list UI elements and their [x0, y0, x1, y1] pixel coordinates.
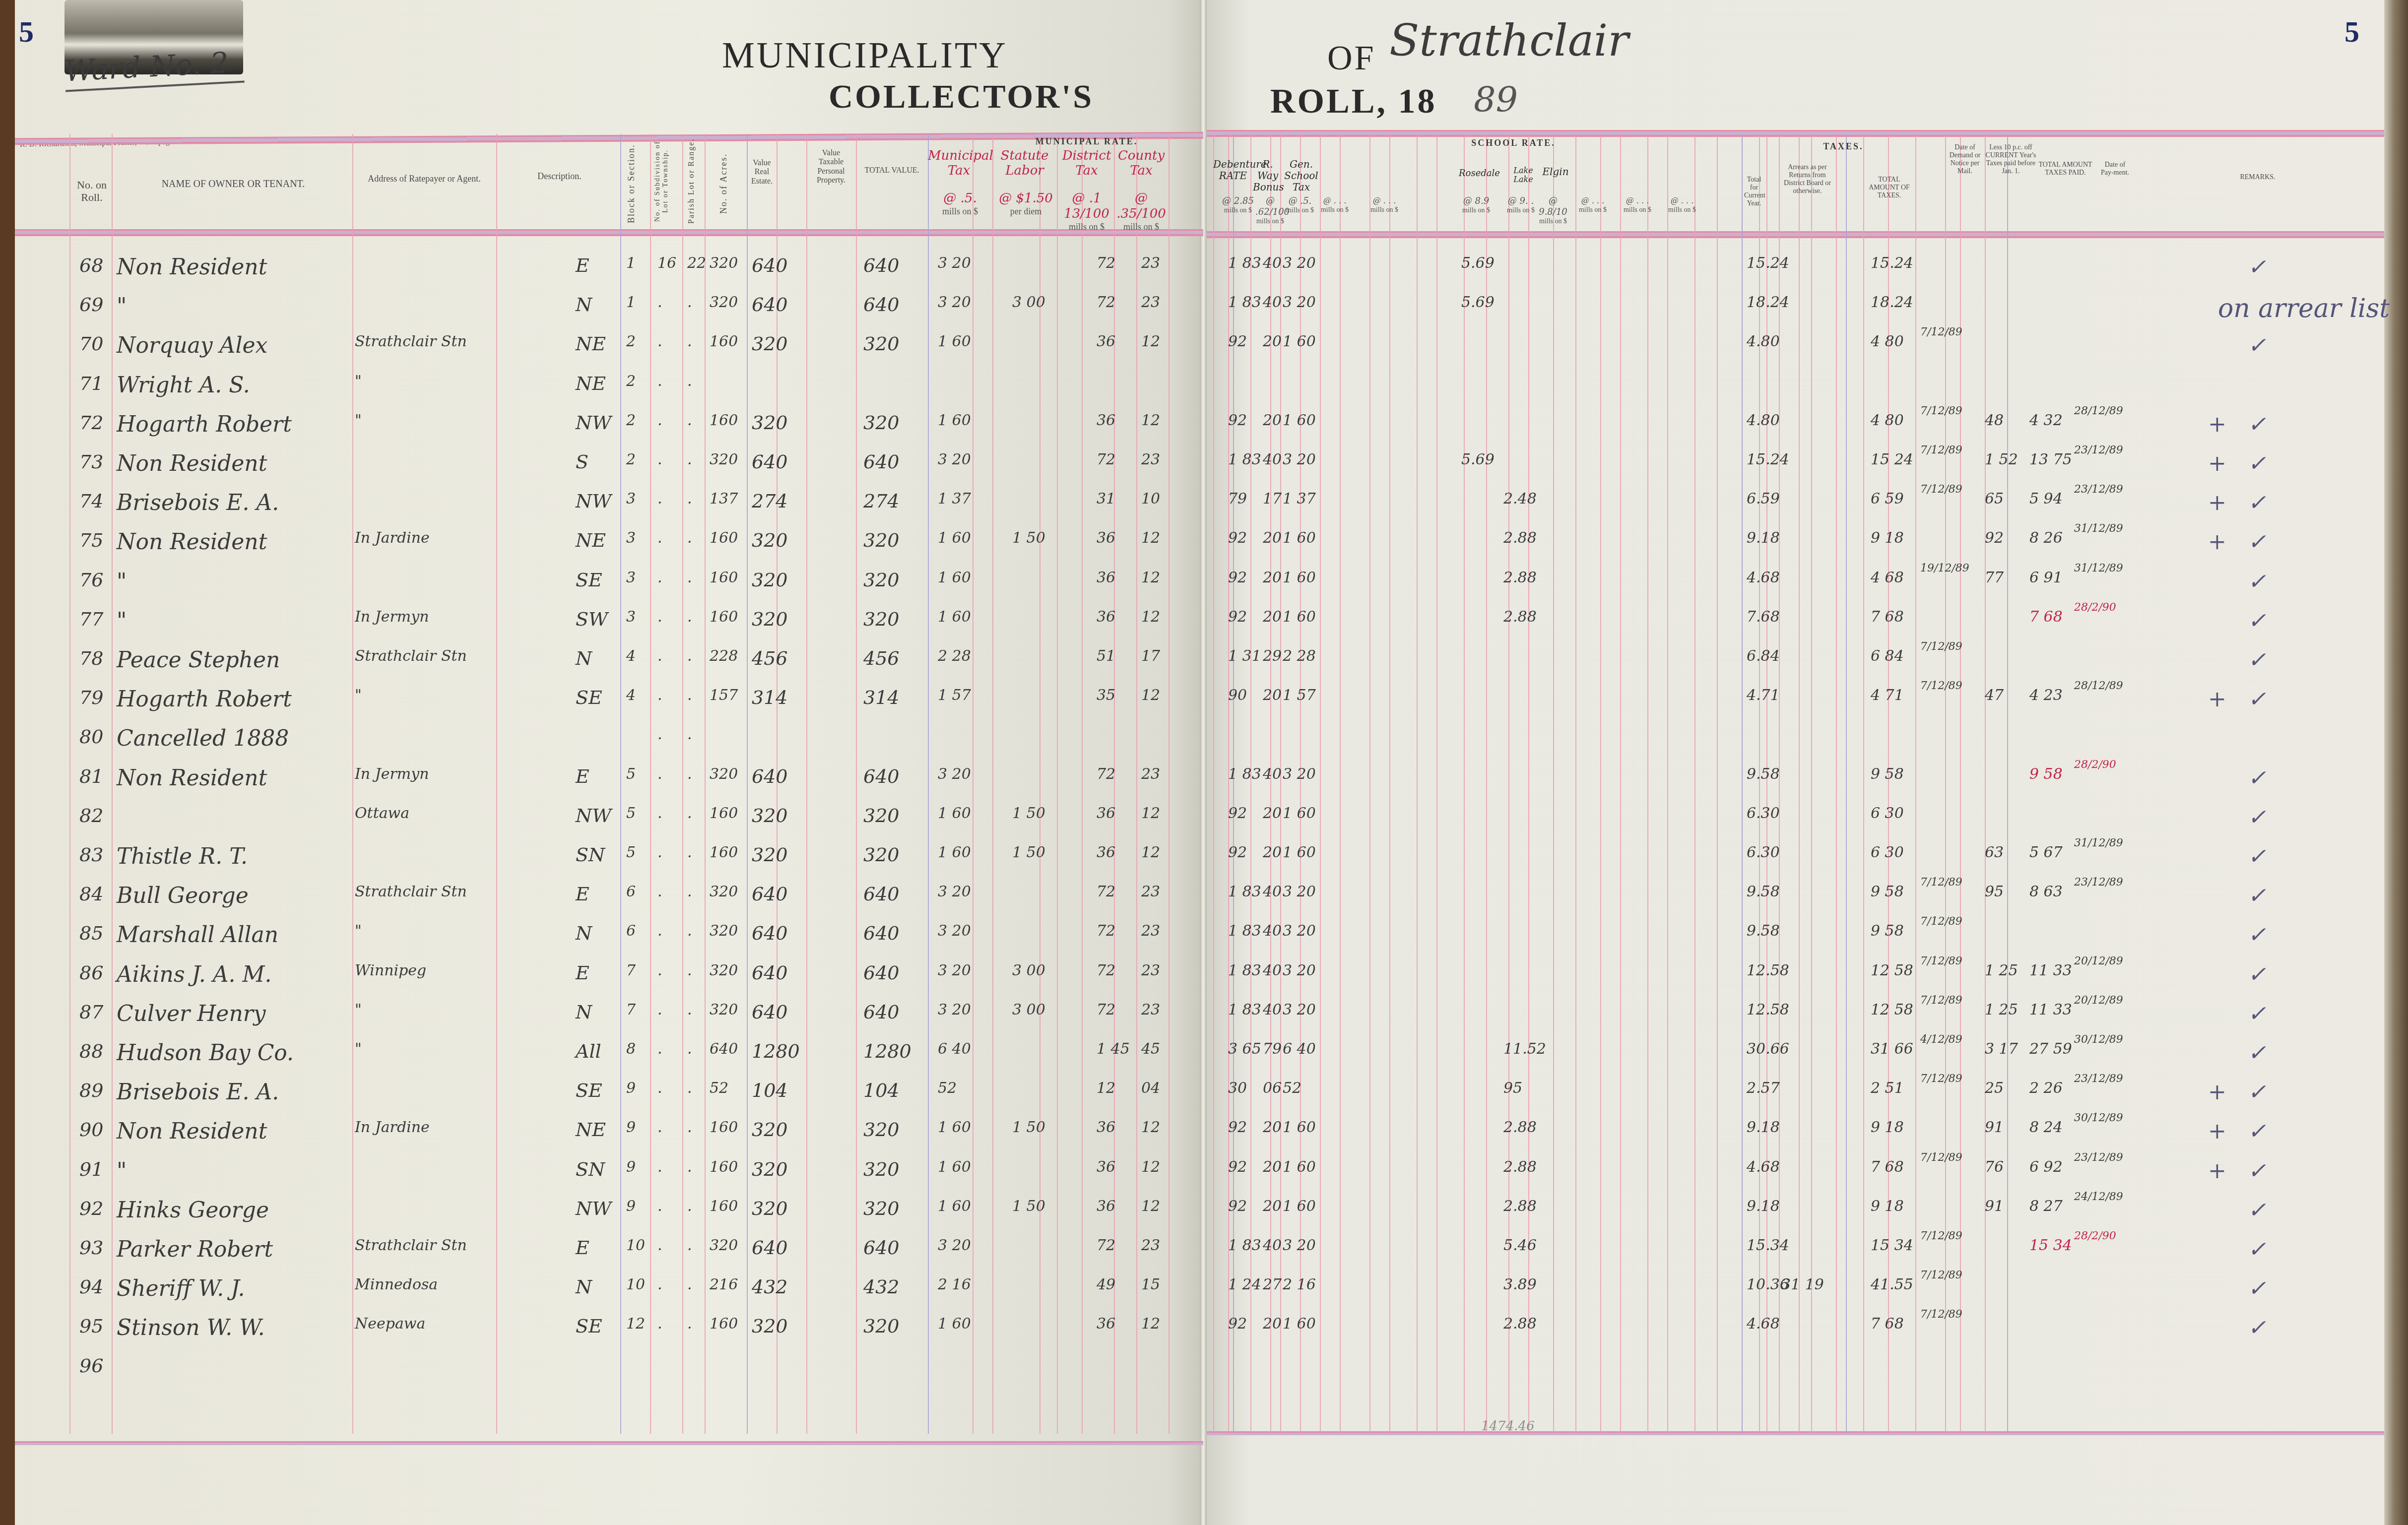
cell-district-tax: 35: [1097, 687, 1115, 704]
title-roll: ROLL, 18: [1270, 82, 1436, 122]
cell-date-of-payment: 28/2/90: [2074, 601, 2116, 614]
cell-date-of-payment: 28/2/90: [2074, 759, 2116, 771]
cell-rway-bonus: 20: [1263, 412, 1282, 429]
cell-municipal-tax: 1 60: [938, 805, 971, 822]
cell-roll-number: 72: [79, 412, 103, 434]
cell-subdivision: .: [657, 1315, 662, 1333]
cell-district-tax: 31: [1097, 490, 1115, 508]
cell-remark: ✓: [2248, 922, 2266, 948]
cell-municipal-tax: 3 20: [938, 883, 971, 900]
cell-less-10pc: 3 17: [1985, 1040, 2018, 1058]
cell-gen-school-tax: 3 20: [1283, 254, 1316, 272]
cell-owner-name: Wright A. S.: [117, 373, 250, 398]
cell-remark-mark: +: [2208, 412, 2226, 437]
cell-school-lake: 3.89: [1503, 1276, 1537, 1293]
cell-description: N: [576, 294, 592, 316]
cell-value-real-estate: 1280: [752, 1040, 800, 1062]
left-page-number: 5: [19, 15, 34, 49]
cell-parish-lot: .: [687, 451, 692, 468]
cell-acres: 160: [710, 569, 738, 586]
cell-subdivision: .: [657, 647, 662, 665]
cell-total-amount-taxes: 18.24: [1871, 294, 1913, 311]
cell-debenture-rate: 1 83: [1228, 451, 1261, 468]
cell-block-section: 5: [626, 844, 636, 861]
table-row: 70Norquay AlexStrathclair StnNE2..160320…: [0, 329, 2408, 368]
table-row: 91"SN9..1603203201 60361292201 602.884.6…: [0, 1154, 2408, 1194]
cell-date-of-demand: 19/12/89: [1920, 562, 1969, 574]
cell-total-current-year: 15.34: [1747, 1237, 1789, 1254]
cell-county-tax: 12: [1141, 805, 1160, 822]
cell-debenture-rate: 92: [1228, 844, 1247, 861]
cell-description: E: [576, 962, 589, 984]
cell-block-section: 4: [626, 687, 636, 704]
table-row: 72Hogarth Robert"NW2..1603203201 6036129…: [0, 408, 2408, 447]
cell-district-tax: 36: [1097, 608, 1115, 626]
cell-description: S: [576, 451, 588, 473]
cell-school-lake: 95: [1503, 1080, 1522, 1097]
cell-county-tax: 23: [1141, 294, 1160, 311]
cell-parish-lot: .: [687, 1158, 692, 1176]
cell-date-of-payment: 23/12/89: [2074, 1073, 2123, 1085]
cell-parish-lot: .: [687, 1315, 692, 1333]
title-collectors: COLLECTOR'S: [829, 77, 1094, 116]
cell-total-value: 640: [863, 294, 900, 316]
cell-block-section: 3: [626, 490, 636, 508]
cell-rway-bonus: 40: [1263, 962, 1282, 979]
cell-roll-number: 82: [79, 805, 103, 826]
cell-address: Strathclair Stn: [355, 1237, 467, 1254]
cell-date-of-demand: 7/12/89: [1920, 405, 1962, 417]
cell-municipal-tax: 1 60: [938, 529, 971, 547]
cell-rway-bonus: 40: [1263, 254, 1282, 272]
cell-municipal-tax: 3 20: [938, 451, 971, 468]
cell-school-rosedale: 5.69: [1461, 254, 1495, 272]
cell-date-of-demand: 4/12/89: [1920, 1033, 1962, 1046]
cell-remark: ✓: [2248, 451, 2266, 476]
cell-address: In Jermyn: [355, 765, 429, 783]
cell-subdivision: .: [657, 687, 662, 704]
cell-total-amount-taxes: 2 51: [1871, 1080, 1904, 1097]
cell-total-current-year: 4.71: [1747, 687, 1780, 704]
cell-roll-number: 68: [79, 254, 103, 276]
cell-owner-name: Hogarth Robert: [117, 412, 292, 437]
cell-rway-bonus: 20: [1263, 1315, 1282, 1333]
cell-total-current-year: 9.58: [1747, 883, 1780, 900]
cell-total-taxes-paid: 13 75: [2029, 451, 2072, 468]
cell-description: E: [576, 1237, 589, 1259]
cell-school-lake: 2.88: [1503, 608, 1537, 626]
cell-debenture-rate: 1 83: [1228, 962, 1261, 979]
cell-total-value: 320: [863, 608, 900, 630]
cell-description: SN: [576, 844, 605, 866]
cell-school-lake: 2.88: [1503, 1158, 1537, 1176]
cell-value-real-estate: 640: [752, 1001, 788, 1023]
cell-gen-school-tax: 1 57: [1283, 687, 1316, 704]
header-remarks: REMARKS.: [2158, 174, 2357, 182]
cell-address: In Jermyn: [355, 608, 429, 626]
header-arrears: Arrears as per Returns from District Boa…: [1779, 164, 1836, 195]
cell-school-lake: 5.46: [1503, 1237, 1537, 1254]
header-no-on-roll: No. on Roll.: [74, 179, 109, 204]
table-row: 92Hinks GeorgeNW9..1603203201 601 503612…: [0, 1194, 2408, 1233]
cell-value-real-estate: 274: [752, 490, 788, 512]
cell-block-section: 2: [626, 333, 636, 350]
header-date-of-payment: Date of Pay-ment.: [2099, 161, 2131, 177]
cell-district-tax: 72: [1097, 883, 1115, 900]
cell-county-tax: 45: [1141, 1040, 1160, 1058]
cell-roll-number: 75: [79, 529, 103, 551]
cell-total-value: 640: [863, 451, 900, 473]
cell-rway-bonus: 40: [1263, 294, 1282, 311]
cell-total-amount-taxes: 15 34: [1871, 1237, 1913, 1254]
cell-less-10pc: 65: [1985, 490, 2004, 508]
cell-remark-mark: +: [2208, 687, 2226, 712]
cell-address: Winnipeg: [355, 962, 426, 979]
cell-total-current-year: 18.24: [1747, 294, 1789, 311]
cell-value-real-estate: 320: [752, 1198, 788, 1219]
cell-description: E: [576, 254, 589, 276]
cell-district-tax: 72: [1097, 1237, 1115, 1254]
cell-total-amount-taxes: 9 58: [1871, 765, 1904, 783]
cell-parish-lot: .: [687, 1276, 692, 1293]
cell-rway-bonus: 20: [1263, 687, 1282, 704]
cell-district-tax: 36: [1097, 844, 1115, 861]
cell-value-real-estate: 432: [752, 1276, 788, 1298]
cell-total-amount-taxes: 4 80: [1871, 412, 1904, 429]
cell-acres: 320: [710, 962, 738, 979]
cell-municipal-tax: 3 20: [938, 1001, 971, 1018]
cell-county-tax: 12: [1141, 1198, 1160, 1215]
cell-total-current-year: 12.58: [1747, 1001, 1789, 1018]
cell-debenture-rate: 92: [1228, 1119, 1247, 1136]
cell-address: ": [355, 1040, 362, 1058]
cell-county-tax: 12: [1141, 687, 1160, 704]
cell-subdivision: .: [657, 726, 662, 743]
cell-owner-name: Cancelled 1888: [117, 726, 289, 751]
cell-description: NW: [576, 805, 611, 826]
cell-debenture-rate: 92: [1228, 1315, 1247, 1333]
cell-district-tax: 49: [1097, 1276, 1115, 1293]
cell-remark: ✓: [2248, 1080, 2266, 1105]
cell-total-amount-taxes: 4 68: [1871, 569, 1904, 586]
cell-block-section: 5: [626, 805, 636, 822]
cell-municipal-tax: 1 57: [938, 687, 971, 704]
rate-elgin: @ 9.8/10mills on $: [1538, 196, 1568, 226]
cell-total-taxes-paid: 2 26: [2029, 1080, 2063, 1097]
header-value-personal: Value Taxable Personal Property.: [809, 149, 853, 186]
cell-total-current-year: 6.84: [1747, 647, 1780, 665]
cell-gen-school-tax: 1 60: [1283, 1119, 1316, 1136]
rate-gen-school: @ .5.mills on $: [1285, 196, 1315, 215]
table-row: 94Sheriff W. J.MinnedosaN10..2164324322 …: [0, 1272, 2408, 1311]
table-row: 73Non ResidentS2..3206406403 2072231 834…: [0, 447, 2408, 486]
cell-less-10pc: 1 25: [1985, 1001, 2018, 1018]
cell-owner-name: Hudson Bay Co.: [117, 1040, 294, 1066]
cell-debenture-rate: 79: [1228, 490, 1247, 508]
cell-gen-school-tax: 1 60: [1283, 412, 1316, 429]
rate-statute-labor: @ $1.50per diem: [995, 191, 1057, 217]
cell-roll-number: 84: [79, 883, 103, 905]
cell-subdivision: .: [657, 1040, 662, 1058]
cell-statute-labor: 1 50: [1012, 1119, 1045, 1136]
cell-description: NW: [576, 1198, 611, 1219]
cell-owner-name: Marshall Allan: [117, 922, 278, 948]
header-lake: Lake Lake: [1508, 166, 1538, 185]
cell-roll-number: 86: [79, 962, 103, 984]
cell-value-real-estate: 320: [752, 805, 788, 826]
rate-debenture: @ 2.85mills on $: [1221, 196, 1255, 215]
cell-total-value: 320: [863, 529, 900, 551]
cell-gen-school-tax: 2 16: [1283, 1276, 1316, 1293]
cell-parish-lot: .: [687, 726, 692, 743]
header-gen-school-tax: Gen. School Tax: [1283, 159, 1320, 193]
cell-remark-mark: +: [2208, 1119, 2226, 1144]
cell-subdivision: 16: [657, 254, 676, 272]
cell-district-tax: 36: [1097, 412, 1115, 429]
cell-date-of-payment: 23/12/89: [2074, 444, 2123, 456]
cell-total-amount-taxes: 31 66: [1871, 1040, 1913, 1058]
cell-block-section: 9: [626, 1198, 636, 1215]
cell-rway-bonus: 20: [1263, 1119, 1282, 1136]
cell-description: SE: [576, 1315, 602, 1337]
cell-total-current-year: 7.68: [1747, 608, 1780, 626]
cell-debenture-rate: 92: [1228, 1198, 1247, 1215]
cell-acres: 52: [710, 1080, 728, 1097]
cell-remark: ✓: [2248, 529, 2266, 555]
cell-district-tax: 72: [1097, 1001, 1115, 1018]
cell-subdivision: .: [657, 1080, 662, 1097]
cell-remark: ✓: [2248, 1001, 2266, 1026]
cell-municipal-tax: 1 60: [938, 569, 971, 586]
footer-total-pencil: 1474.46: [1481, 1419, 1535, 1434]
header-total-amount-taxes: TOTAL AMOUNT OF TAXES.: [1866, 176, 1913, 200]
cell-debenture-rate: 1 83: [1228, 254, 1261, 272]
cell-parish-lot: .: [687, 1040, 692, 1058]
cell-acres: 160: [710, 1198, 738, 1215]
cell-total-current-year: 9.18: [1747, 1119, 1780, 1136]
cell-school-lake: 2.88: [1503, 529, 1537, 547]
cell-subdivision: .: [657, 883, 662, 900]
cell-remark: ✓: [2248, 608, 2266, 634]
cell-gen-school-tax: 3 20: [1283, 765, 1316, 783]
cell-remark: ✓: [2248, 962, 2266, 987]
cell-subdivision: .: [657, 333, 662, 350]
cell-value-real-estate: 640: [752, 962, 788, 984]
cell-block-section: 3: [626, 569, 636, 586]
cell-statute-labor: 3 00: [1012, 1001, 1045, 1018]
header-rway-bonus: R. Way Bonus: [1253, 159, 1283, 193]
cell-total-current-year: 12.58: [1747, 962, 1789, 979]
cell-less-10pc: 76: [1985, 1158, 2004, 1176]
cell-subdivision: .: [657, 294, 662, 311]
cell-parish-lot: .: [687, 805, 692, 822]
cell-parish-lot: .: [687, 294, 692, 311]
cell-block-section: 7: [626, 962, 636, 979]
cell-total-current-year: 9.58: [1747, 922, 1780, 940]
cell-total-amount-taxes: 6 30: [1871, 844, 1904, 861]
cell-district-tax: 36: [1097, 1119, 1115, 1136]
cell-owner-name: Parker Robert: [117, 1237, 273, 1262]
cell-roll-number: 74: [79, 490, 103, 512]
cell-total-value: 320: [863, 1119, 900, 1141]
cell-total-taxes-paid: 27 59: [2029, 1040, 2072, 1058]
cell-description: NW: [576, 490, 611, 512]
cell-school-lake: 2.88: [1503, 1119, 1537, 1136]
cell-gen-school-tax: 3 20: [1283, 451, 1316, 468]
cell-remark: ✓: [2248, 412, 2266, 437]
cell-total-taxes-paid: 8 27: [2029, 1198, 2063, 1215]
cell-date-of-payment: 30/12/89: [2074, 1033, 2123, 1046]
cell-subdivision: .: [657, 1001, 662, 1018]
cell-rway-bonus: 20: [1263, 805, 1282, 822]
cell-acres: 320: [710, 254, 738, 272]
cell-acres: 320: [710, 765, 738, 783]
cell-arrears: 31 19: [1781, 1276, 1824, 1293]
cell-debenture-rate: 1 83: [1228, 765, 1261, 783]
cell-block-section: 3: [626, 529, 636, 547]
cell-date-of-demand: 7/12/89: [1920, 994, 1962, 1007]
cell-debenture-rate: 92: [1228, 569, 1247, 586]
header-municipal-tax: Municipal Tax: [928, 149, 990, 179]
footer-rule-left: [15, 1441, 1203, 1445]
cell-roll-number: 88: [79, 1040, 103, 1062]
cell-school-lake: 2.48: [1503, 490, 1537, 508]
cell-address: ": [355, 373, 362, 390]
cell-rway-bonus: 40: [1263, 451, 1282, 468]
cell-debenture-rate: 1 83: [1228, 1237, 1261, 1254]
cell-subdivision: .: [657, 412, 662, 429]
cell-total-value: 640: [863, 254, 900, 276]
cell-remark: ✓: [2248, 490, 2266, 515]
cell-total-taxes-paid: 4 32: [2029, 412, 2063, 429]
cell-less-10pc: 77: [1985, 569, 2004, 586]
cell-total-taxes-paid: 9 58: [2029, 765, 2063, 783]
cell-parish-lot: .: [687, 922, 692, 940]
cell-description: N: [576, 1001, 592, 1023]
cell-total-current-year: 6.30: [1747, 805, 1780, 822]
cell-address: Ottawa: [355, 805, 409, 822]
cell-date-of-demand: 7/12/89: [1920, 1269, 1962, 1281]
table-row: 88Hudson Bay Co."All8..640128012806 401 …: [0, 1036, 2408, 1076]
header-county-tax: County Tax: [1116, 149, 1166, 179]
header-address: Address of Ratepayer or Agent.: [355, 174, 494, 184]
cell-rway-bonus: 06: [1263, 1080, 1282, 1097]
cell-acres: 640: [710, 1040, 738, 1058]
cell-value-real-estate: 640: [752, 254, 788, 276]
cell-owner-name: Sheriff W. J.: [117, 1276, 245, 1301]
cell-rway-bonus: 40: [1263, 1001, 1282, 1018]
cell-district-tax: 36: [1097, 529, 1115, 547]
cell-roll-number: 79: [79, 687, 103, 708]
cell-acres: 160: [710, 805, 738, 822]
cell-total-value: 640: [863, 883, 900, 905]
rate-rosedale: @ 8.9mills on $: [1461, 196, 1491, 215]
cell-total-current-year: 4.80: [1747, 412, 1780, 429]
cell-statute-labor: 3 00: [1012, 294, 1045, 311]
rate-municipal-tax: @ .5.mills on $: [933, 191, 987, 217]
cell-municipal-tax: 1 60: [938, 844, 971, 861]
cell-date-of-demand: 7/12/89: [1920, 876, 1962, 889]
cell-acres: 160: [710, 608, 738, 626]
cell-date-of-demand: 7/12/89: [1920, 1230, 1962, 1242]
cell-parish-lot: .: [687, 412, 692, 429]
cell-statute-labor: 1 50: [1012, 844, 1045, 861]
cell-acres: 160: [710, 1315, 738, 1333]
header-elgin: Elgin: [1541, 166, 1570, 178]
cell-total-amount-taxes: 4 80: [1871, 333, 1904, 350]
cell-date-of-payment: 28/12/89: [2074, 680, 2123, 692]
cell-remark: ✓: [2248, 254, 2266, 280]
table-row: 86Aikins J. A. M.WinnipegE7..3206406403 …: [0, 958, 2408, 997]
cell-roll-number: 77: [79, 608, 103, 630]
cell-owner-name: Non Resident: [117, 1119, 267, 1144]
header-school-rate-group: SCHOOL RATE.: [1290, 138, 1737, 148]
cell-county-tax: 23: [1141, 922, 1160, 940]
cell-rway-bonus: 20: [1263, 844, 1282, 861]
ledger-book: 5 5 Ward No. 2 MUNICIPALITY COLLECTOR'S …: [0, 0, 2408, 1525]
cell-less-10pc: 95: [1985, 883, 2004, 900]
table-row: 76"SE3..1603203201 60361292201 602.884.6…: [0, 565, 2408, 604]
cell-remark-mark: +: [2208, 1158, 2226, 1184]
cell-total-current-year: 30.66: [1747, 1040, 1789, 1058]
cell-subdivision: .: [657, 529, 662, 547]
cell-acres: 320: [710, 451, 738, 468]
cell-total-value: 320: [863, 1198, 900, 1219]
cell-date-of-payment: 31/12/89: [2074, 562, 2123, 574]
cell-district-tax: 36: [1097, 1198, 1115, 1215]
cell-date-of-payment: 30/12/89: [2074, 1112, 2123, 1124]
cell-municipal-tax: 52: [938, 1080, 957, 1097]
cell-block-section: 12: [626, 1315, 645, 1333]
cell-gen-school-tax: 3 20: [1283, 922, 1316, 940]
table-row: 89Brisebois E. A.SE9..521041045212043006…: [0, 1076, 2408, 1115]
cell-statute-labor: 1 50: [1012, 805, 1045, 822]
cell-total-value: 640: [863, 1001, 900, 1023]
cell-municipal-tax: 3 20: [938, 254, 971, 272]
cell-rway-bonus: 20: [1263, 529, 1282, 547]
cell-district-tax: 72: [1097, 254, 1115, 272]
cell-gen-school-tax: 3 20: [1283, 294, 1316, 311]
cell-total-taxes-paid: 11 33: [2029, 1001, 2072, 1018]
header-bottom-rule-right: [1207, 231, 2384, 238]
cell-remark-mark: +: [2208, 451, 2226, 476]
cell-total-value: 320: [863, 569, 900, 591]
header-name: NAME OF OWNER OR TENANT.: [119, 179, 347, 190]
cell-date-of-payment: 31/12/89: [2074, 837, 2123, 849]
cell-total-taxes-paid: 5 94: [2029, 490, 2063, 508]
cell-district-tax: 36: [1097, 805, 1115, 822]
cell-total-amount-taxes: 6 84: [1871, 647, 1904, 665]
rate-county-tax: @ .35/100mills on $: [1116, 191, 1166, 233]
cell-gen-school-tax: 1 37: [1283, 490, 1316, 508]
cell-date-of-payment: 23/12/89: [2074, 1151, 2123, 1164]
cell-less-10pc: 92: [1985, 529, 2004, 547]
cell-value-real-estate: 640: [752, 765, 788, 787]
table-row: 81Non ResidentIn JermynE5..3206406403 20…: [0, 762, 2408, 801]
cell-total-amount-taxes: 15.24: [1871, 254, 1913, 272]
cell-acres: 160: [710, 1119, 738, 1136]
cell-subdivision: .: [657, 490, 662, 508]
cell-total-amount-taxes: 9 58: [1871, 883, 1904, 900]
cell-municipal-tax: 1 60: [938, 1315, 971, 1333]
cell-date-of-payment: 20/12/89: [2074, 955, 2123, 967]
header-district-tax: District Tax: [1059, 149, 1114, 179]
cell-municipal-tax: 2 16: [938, 1276, 971, 1293]
cell-owner-name: Bull George: [117, 883, 249, 908]
cell-school-lake: 2.88: [1503, 1198, 1537, 1215]
cell-rway-bonus: 20: [1263, 608, 1282, 626]
cell-parish-lot: .: [687, 647, 692, 665]
